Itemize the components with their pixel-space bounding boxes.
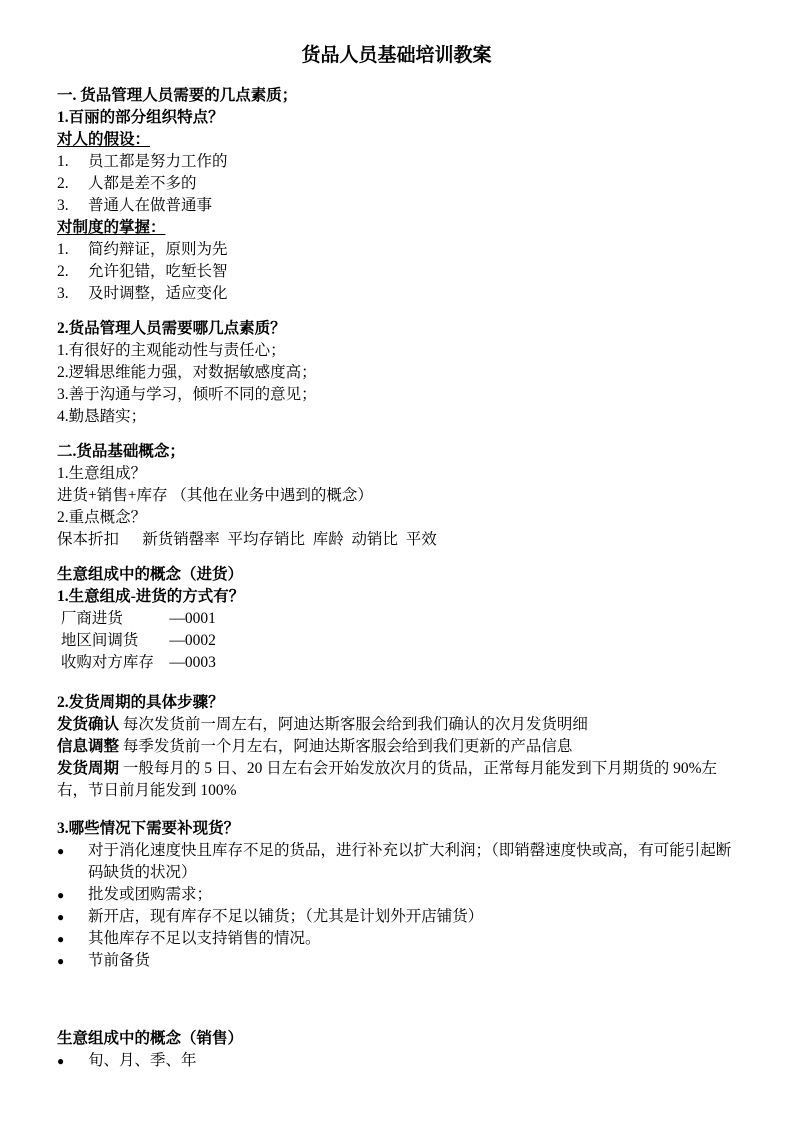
subheading-system-grasp: 对制度的掌握：: [57, 217, 736, 239]
subheading-people-assumptions-text: 对人的假设：: [57, 131, 150, 148]
step-label: 信息调整: [57, 738, 119, 755]
bullet-icon: ●: [57, 928, 88, 950]
bullet-icon: ●: [57, 906, 88, 928]
question-purchase-methods: 1.生意组成-进货的方式有？: [57, 586, 736, 608]
list-item: 3. 普通人在做普通事: [57, 195, 736, 217]
list-number: 2.: [57, 173, 88, 195]
bullet-item: ● 旬、月、季、年: [57, 1050, 736, 1072]
list-item-text: 允许犯错，吃堑长智: [88, 261, 736, 283]
list-number: 2.: [57, 261, 88, 283]
question-shipping-cycle: 2.发货周期的具体步骤？: [57, 692, 736, 714]
question-restock: 3.哪些情况下需要补现货？: [57, 818, 736, 840]
bullet-item: ● 批发或团购需求；: [57, 884, 736, 906]
bullet-icon: ●: [57, 1050, 88, 1072]
section-heading-qualities: 一. 货品管理人员需要的几点素质；: [57, 85, 736, 107]
bullet-text: 批发或团购需求；: [88, 884, 736, 906]
subheading-people-assumptions: 对人的假设：: [57, 129, 736, 151]
answer-line: 2.逻辑思维能力强，对数据敏感度高；: [57, 362, 736, 384]
section-heading-concepts: 二.货品基础概念；: [57, 441, 736, 463]
question-belle-traits: 1.百丽的部分组织特点？: [57, 107, 736, 129]
list-number: 1.: [57, 239, 88, 261]
answer-business-composition: 进货+销售+库存 （其他在业务中遇到的概念）: [57, 485, 736, 507]
list-item-text: 及时调整，适应变化: [88, 283, 736, 305]
list-number: 3.: [57, 195, 88, 217]
bullet-item: ● 节前备货: [57, 950, 736, 972]
subheading-system-grasp-text: 对制度的掌握：: [57, 219, 166, 236]
section-heading-purchase: 生意组成中的概念（进货）: [57, 564, 736, 586]
list-item: 2. 人都是差不多的: [57, 173, 736, 195]
step-line: 发货确认 每次发货前一周左右，阿迪达斯客服会给到我们确认的次月发货明细: [57, 714, 736, 736]
bullet-text: 旬、月、季、年: [88, 1050, 736, 1072]
step-label: 发货确认: [57, 716, 119, 733]
bullet-icon: ●: [57, 840, 88, 862]
list-item-text: 员工都是努力工作的: [88, 151, 736, 173]
bullet-item: ● 其他库存不足以支持销售的情况。: [57, 928, 736, 950]
list-item: 3. 及时调整，适应变化: [57, 283, 736, 305]
list-number: 3.: [57, 283, 88, 305]
purchase-method-line: 地区间调货 —0002: [57, 630, 736, 652]
answer-line: 1.有很好的主观能动性与责任心；: [57, 340, 736, 362]
step-label: 发货周期: [57, 760, 119, 777]
answer-line: 3.善于沟通与学习，倾听不同的意见；: [57, 384, 736, 406]
document-page: 货品人员基础培训教案 一. 货品管理人员需要的几点素质； 1.百丽的部分组织特点…: [0, 0, 800, 1132]
list-item: 1. 简约辩证，原则为先: [57, 239, 736, 261]
doc-title: 货品人员基础培训教案: [57, 42, 736, 70]
question-business-composition: 1.生意组成？: [57, 463, 736, 485]
answer-key-concepts: 保本折扣 新货销罄率 平均存销比 库龄 动销比 平效: [57, 529, 736, 551]
question-key-concepts: 2.重点概念？: [57, 507, 736, 529]
list-number: 1.: [57, 151, 88, 173]
step-line: 发货周期 一般每月的 5 日、20 日左右会开始发放次月的货品，正常每月能发到下…: [57, 758, 736, 802]
bullet-item: ● 新开店，现有库存不足以铺货；（尤其是计划外开店铺货）: [57, 906, 736, 928]
step-text: 一般每月的 5 日、20 日左右会开始发放次月的货品，正常每月能发到下月期货的 …: [57, 760, 717, 799]
answer-line: 4.勤恳踏实；: [57, 406, 736, 428]
list-item-text: 普通人在做普通事: [88, 195, 736, 217]
purchase-method-line: 收购对方库存 —0003: [57, 652, 736, 674]
bullet-icon: ●: [57, 884, 88, 906]
purchase-method-line: 厂商进货 —0001: [57, 608, 736, 630]
bullet-text: 对于消化速度快且库存不足的货品，进行补充以扩大利润；（即销罄速度快或高，有可能引…: [88, 840, 736, 884]
question-manager-qualities: 2.货品管理人员需要哪几点素质？: [57, 318, 736, 340]
list-item: 1. 员工都是努力工作的: [57, 151, 736, 173]
bullet-text: 节前备货: [88, 950, 736, 972]
bullet-icon: ●: [57, 950, 88, 972]
bullet-text: 其他库存不足以支持销售的情况。: [88, 928, 736, 950]
bullet-text: 新开店，现有库存不足以铺货；（尤其是计划外开店铺货）: [88, 906, 736, 928]
step-text: 每次发货前一周左右，阿迪达斯客服会给到我们确认的次月发货明细: [119, 716, 588, 733]
step-text: 每季发货前一个月左右，阿迪达斯客服会给到我们更新的产品信息: [119, 738, 572, 755]
step-line: 信息调整 每季发货前一个月左右，阿迪达斯客服会给到我们更新的产品信息: [57, 736, 736, 758]
list-item-text: 简约辩证，原则为先: [88, 239, 736, 261]
section-heading-sales: 生意组成中的概念（销售）: [57, 1028, 736, 1050]
list-item: 2. 允许犯错，吃堑长智: [57, 261, 736, 283]
bullet-item: ● 对于消化速度快且库存不足的货品，进行补充以扩大利润；（即销罄速度快或高，有可…: [57, 840, 736, 884]
list-item-text: 人都是差不多的: [88, 173, 736, 195]
